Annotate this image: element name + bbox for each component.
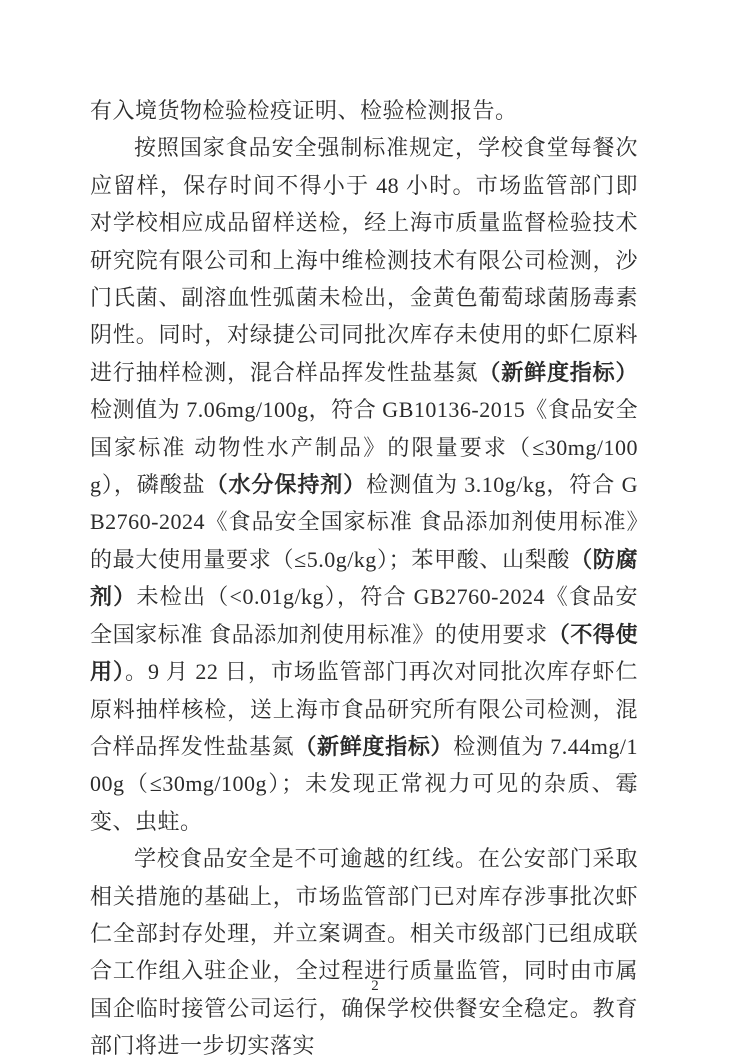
page-number: 2 <box>0 978 750 995</box>
bold-text-run: （水分保持剂） <box>206 472 367 497</box>
text-run: 学校食品安全是不可逾越的红线。在公安部门采取相关措施的基础上，市场监管部门已对库… <box>90 846 638 1058</box>
paragraph: 按照国家食品安全强制标准规定，学校食堂每餐次应留样，保存时间不得小于 48 小时… <box>90 129 638 840</box>
paragraph: 有入境货物检验检疫证明、检验检测报告。 <box>90 92 638 129</box>
text-run: 有入境货物检验检疫证明、检验检测报告。 <box>90 98 518 123</box>
bold-text-run: （新鲜度指标） <box>478 360 638 385</box>
paragraph: 学校食品安全是不可逾越的红线。在公安部门采取相关措施的基础上，市场监管部门已对库… <box>90 840 638 1062</box>
bold-text-run: （新鲜度指标） <box>294 734 453 759</box>
document-page: 有入境货物检验检疫证明、检验检测报告。按照国家食品安全强制标准规定，学校食堂每餐… <box>0 0 750 1062</box>
document-body: 有入境货物检验检疫证明、检验检测报告。按照国家食品安全强制标准规定，学校食堂每餐… <box>90 92 638 1062</box>
text-run: 按照国家食品安全强制标准规定，学校食堂每餐次应留样，保存时间不得小于 48 小时… <box>90 135 638 384</box>
